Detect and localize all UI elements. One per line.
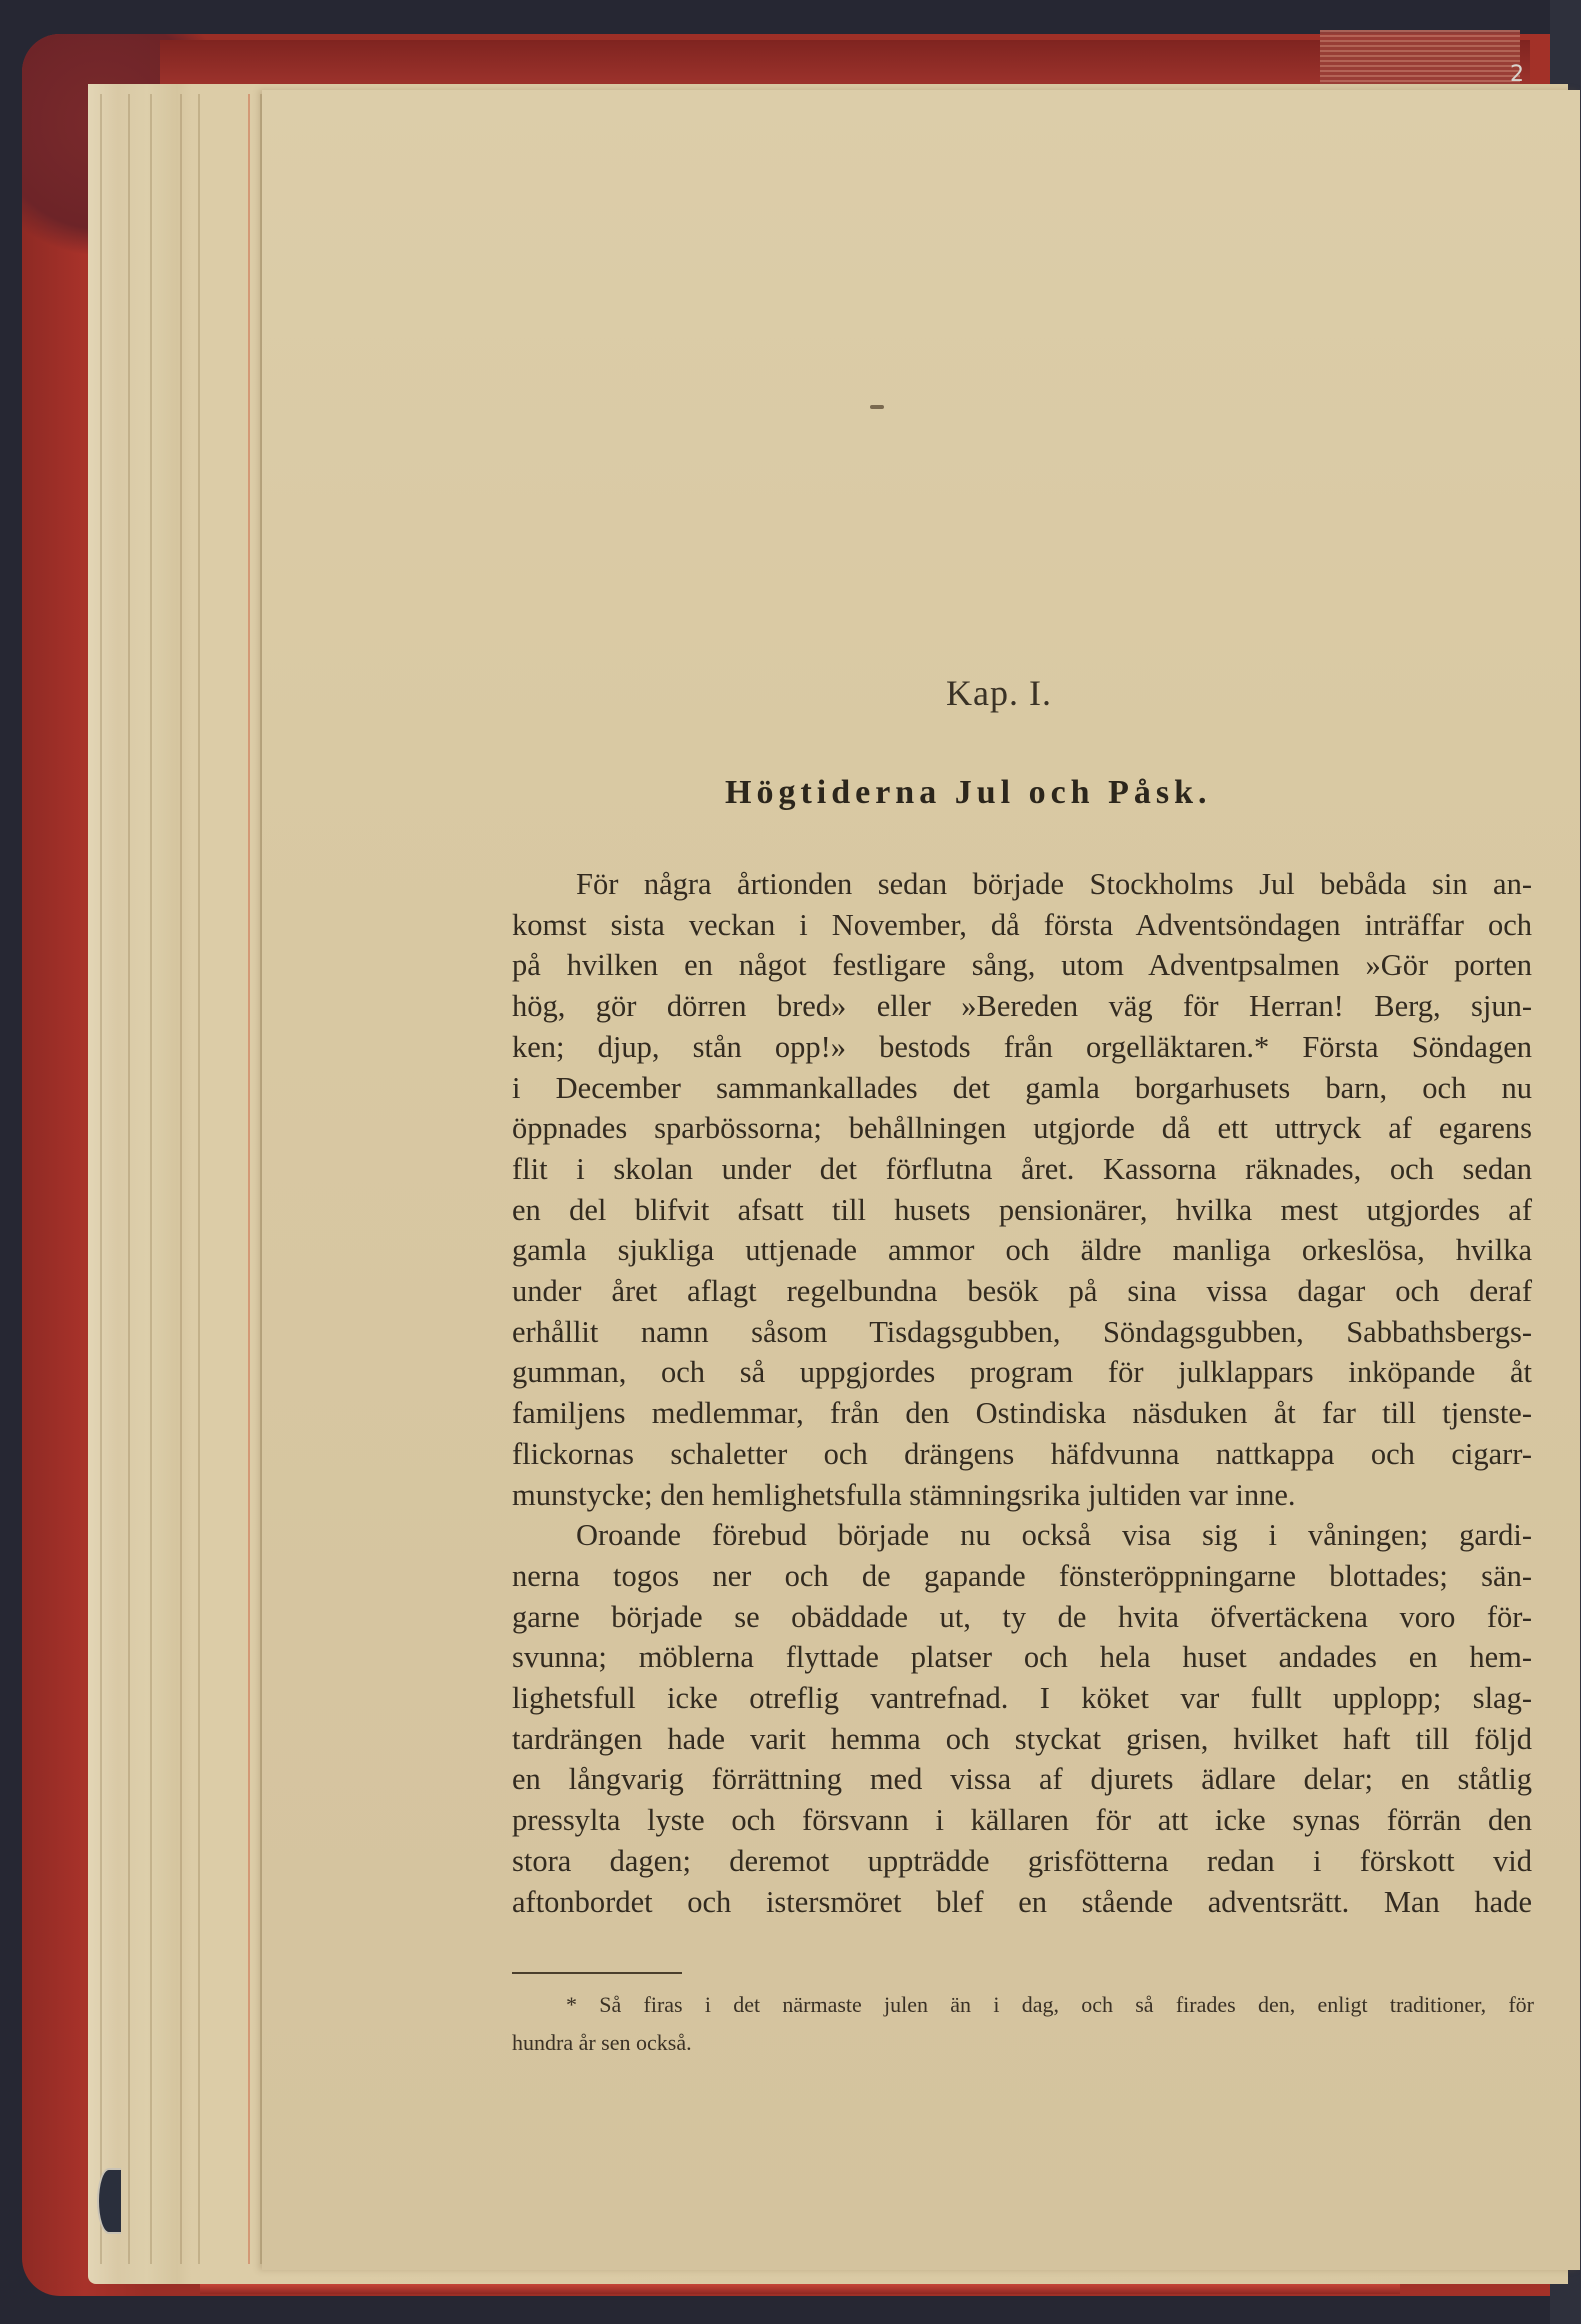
text-line: en långvarig förrättning med vissa af dj… bbox=[512, 1759, 1532, 1800]
text-line: gumman, och så uppgjordes program för ju… bbox=[512, 1352, 1532, 1393]
text-line: nerna togos ner och de gapande fönsteröp… bbox=[512, 1556, 1532, 1597]
text-line: garne började se obäddade ut, ty de hvit… bbox=[512, 1597, 1532, 1638]
cover-frayed-cloth bbox=[1320, 30, 1520, 85]
text-line: på hvilken en något festligare sång, uto… bbox=[512, 945, 1532, 986]
footnote-divider bbox=[512, 1972, 682, 1974]
text-line: aftonbordet och istersmöret blef en ståe… bbox=[512, 1882, 1532, 1923]
text-line: erhållit namn såsom Tisdagsgubben, Sönda… bbox=[512, 1312, 1532, 1353]
footnote-line: hundra år sen också. bbox=[512, 2024, 1534, 2062]
text-line: tardrängen hade varit hemma och styckat … bbox=[512, 1719, 1532, 1760]
chapter-label: Kap. I. bbox=[946, 672, 1052, 714]
chapter-title: Högtiderna Jul och Påsk. bbox=[725, 774, 1211, 812]
text-line: svunna; möblerna flyttade platser och he… bbox=[512, 1637, 1532, 1678]
page-edge-line bbox=[198, 94, 200, 2264]
body-text: För några årtionden sedan började Stockh… bbox=[512, 864, 1532, 1922]
page-edge-line bbox=[150, 94, 152, 2264]
paper-speck bbox=[870, 405, 884, 409]
text-line: ken; djup, stån opp!» bestods från orgel… bbox=[512, 1027, 1532, 1068]
text-line: Oroande förebud började nu också visa si… bbox=[512, 1515, 1532, 1556]
page-edge-line bbox=[248, 94, 250, 2264]
text-line: hög, gör dörren bred» eller »Bereden väg… bbox=[512, 986, 1532, 1027]
text-line: gamla sjukliga uttjenade ammor och äldre… bbox=[512, 1230, 1532, 1271]
text-line: flit i skolan under det förflutna året. … bbox=[512, 1149, 1532, 1190]
page-edge-line bbox=[100, 94, 102, 2264]
text-line: öppnades sparbössorna; behållningen utgj… bbox=[512, 1108, 1532, 1149]
text-line: en del blifvit afsatt till husets pensio… bbox=[512, 1190, 1532, 1231]
footnote: * Så firas i det närmaste julen än i dag… bbox=[512, 1986, 1534, 2062]
text-line: familjens medlemmar, från den Ostindiska… bbox=[512, 1393, 1532, 1434]
library-stamp-icon bbox=[97, 2168, 121, 2234]
text-line: munstycke; den hemlighetsfulla stämnings… bbox=[512, 1475, 1532, 1516]
text-line: i December sammankallades det gamla borg… bbox=[512, 1068, 1532, 1109]
text-line: pressylta lyste och försvann i källaren … bbox=[512, 1800, 1532, 1841]
footnote-line: * Så firas i det närmaste julen än i dag… bbox=[512, 1986, 1534, 2024]
text-line: komst sista veckan i November, då första… bbox=[512, 905, 1532, 946]
page-edge-line bbox=[180, 94, 182, 2264]
text-line: lighetsfull icke otreflig vantrefnad. I … bbox=[512, 1678, 1532, 1719]
text-line: stora dagen; deremot uppträdde grisfötte… bbox=[512, 1841, 1532, 1882]
text-line: flickornas schaletter och drängens häfdv… bbox=[512, 1434, 1532, 1475]
text-line: För några årtionden sedan började Stockh… bbox=[512, 864, 1532, 905]
text-line: under året aflagt regelbundna besök på s… bbox=[512, 1271, 1532, 1312]
page-edge-line bbox=[128, 94, 130, 2264]
